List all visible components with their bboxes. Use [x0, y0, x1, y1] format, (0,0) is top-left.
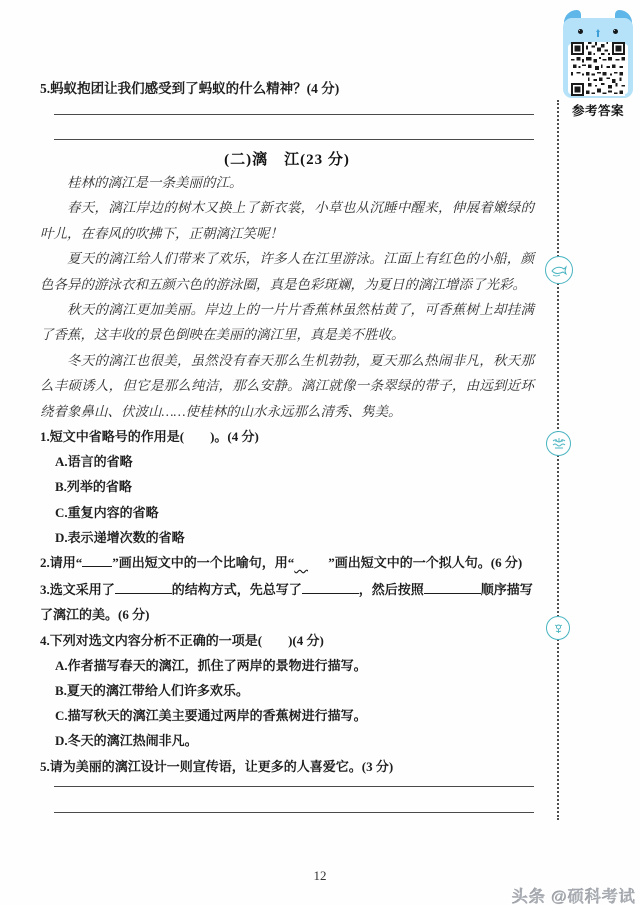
question-1-option-d: D.表示递增次数的省略	[40, 525, 534, 550]
question-2-text: 2.请用“	[40, 555, 82, 570]
fish-doodle-icon	[550, 261, 568, 279]
flower-doodle-icon	[551, 621, 566, 636]
question-1-option-a: A.语言的省略	[40, 449, 534, 474]
answer-key-qr-badge	[563, 10, 633, 98]
answer-line	[54, 812, 534, 813]
cat-nose-icon	[596, 29, 600, 37]
question-4-option-d: D.冬天的漓江热闹非凡。	[40, 728, 534, 753]
question-1-option-b: B.列举的省略	[40, 474, 534, 499]
question-5-stem: 5.请为美丽的漓江设计一则宣传语，让更多的人喜爱它。(3 分)	[40, 754, 534, 779]
qr-code-icon	[571, 42, 625, 96]
answer-key-label: 参考答案	[556, 101, 640, 119]
cut-line-stamp-3	[546, 616, 570, 640]
question-2-text: ”画出短文中的一个比喻句，用“	[112, 555, 294, 570]
fill-in-blank	[115, 580, 172, 594]
watermark: 头条 @硕科考试	[512, 884, 636, 905]
question-4-option-b: B.夏天的漓江带给人们许多欢乐。	[40, 678, 534, 703]
cat-eye-icon	[613, 29, 618, 34]
passage-paragraph: 桂林的漓江是一条美丽的江。	[40, 170, 534, 195]
cut-line-stamp-1	[545, 256, 573, 284]
question-2-stem: 2.请用“”画出短文中的一个比喻句，用“ ”画出短文中的一个拟人句。(6 分)	[40, 550, 534, 577]
prev-question-5: 5.蚂蚁抱团让我们感受到了蚂蚁的什么精神？(4 分)	[40, 77, 534, 97]
answer-line	[54, 786, 534, 787]
straight-underline-blank	[82, 553, 112, 567]
waves-doodle-icon	[551, 436, 567, 452]
passage-paragraph: 春天，漓江岸边的树木又换上了新衣裳，小草也从沉睡中醒来，伸展着嫩绿的叶儿，在春风…	[40, 195, 534, 246]
fill-in-blank	[302, 580, 359, 594]
wavy-underline-blank	[294, 552, 328, 577]
question-4-option-a: A.作者描写春天的漓江，抓住了两岸的景物进行描写。	[40, 653, 534, 678]
passage-paragraph: 夏天的漓江给人们带来了欢乐，许多人在江里游泳。江面上有红色的小船，颜色各异的游泳…	[40, 246, 534, 297]
question-list: 1.短文中省略号的作用是( )。(4 分) A.语言的省略 B.列举的省略 C.…	[40, 424, 534, 779]
question-1-option-c: C.重复内容的省略	[40, 500, 534, 525]
question-2-text: ”画出短文中的一个拟人句。(6 分)	[328, 555, 522, 570]
exam-page: 5.蚂蚁抱团让我们感受到了蚂蚁的什么精神？(4 分) (二)漓 江(23 分) …	[0, 0, 640, 905]
reading-passage: 桂林的漓江是一条美丽的江。 春天，漓江岸边的树木又换上了新衣裳，小草也从沉睡中醒…	[40, 170, 534, 424]
fill-in-blank	[424, 580, 481, 594]
page-number: 12	[0, 868, 640, 884]
answer-line	[54, 139, 534, 140]
section-title: (二)漓 江(23 分)	[40, 148, 534, 169]
question-4-stem: 4.下列对选文内容分析不正确的一项是( )(4 分)	[40, 628, 534, 653]
question-3-text: 3.选文采用了	[40, 582, 115, 597]
cat-eye-icon	[578, 29, 583, 34]
question-3-stem: 3.选文采用了的结构方式，先总写了，然后按照顺序描写了漓江的美。(6 分)	[40, 577, 534, 627]
question-1-stem: 1.短文中省略号的作用是( )。(4 分)	[40, 424, 534, 449]
dotted-cut-line	[557, 100, 559, 820]
question-3-text: 的结构方式，先总写了	[172, 582, 302, 597]
question-4-option-c: C.描写秋天的漓江美主要通过两岸的香蕉树进行描写。	[40, 703, 534, 728]
cut-line-stamp-2	[546, 431, 571, 456]
cat-mascot-icon	[563, 18, 633, 98]
answer-line	[54, 114, 534, 115]
passage-paragraph: 秋天的漓江更加美丽。岸边上的一片片香蕉林虽然枯黄了，可香蕉树上却挂满了香蕉，这丰…	[40, 297, 534, 348]
question-3-text: ，然后按照	[359, 582, 424, 597]
qr-code-frame	[568, 44, 628, 94]
passage-paragraph: 冬天的漓江也很美，虽然没有春天那么生机勃勃，夏天那么热闹非凡，秋天那么丰硕诱人，…	[40, 348, 534, 424]
